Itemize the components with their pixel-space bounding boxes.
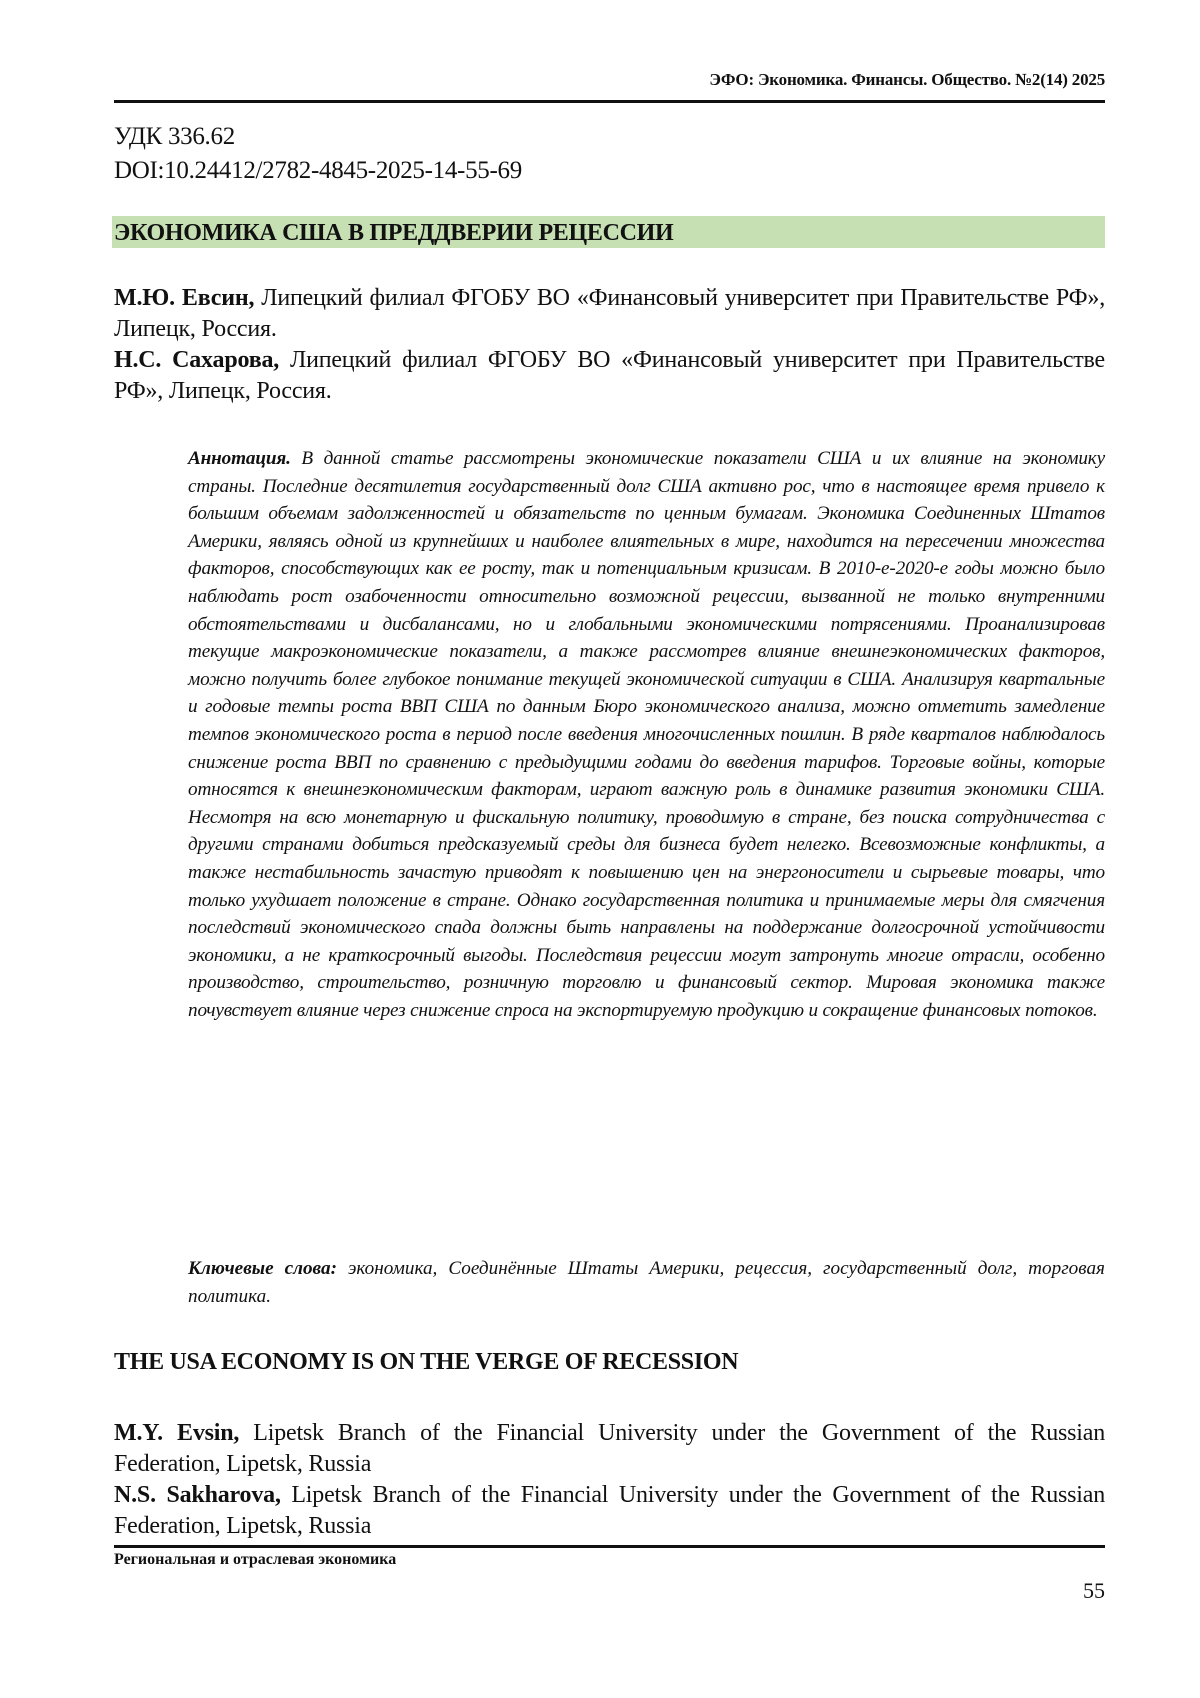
- author-entry: Н.С. Сахарова, Липецкий филиал ФГОБУ ВО …: [114, 345, 1105, 407]
- keywords: Ключевые слова: экономика, Соединённые Ш…: [188, 1255, 1105, 1310]
- abstract-text: В данной статье рассмотрены экономически…: [188, 448, 1105, 1021]
- author-name: N.S. Sakharova,: [114, 1482, 281, 1508]
- abstract: Аннотация. В данной статье рассмотрены э…: [188, 445, 1105, 1024]
- header-rule: [114, 100, 1105, 103]
- author-name: M.Y. Evsin,: [114, 1420, 239, 1446]
- abstract-label: Аннотация.: [188, 448, 291, 469]
- keywords-label: Ключевые слова:: [188, 1258, 337, 1279]
- footer-section-name: Региональная и отраслевая экономика: [114, 1551, 396, 1569]
- running-header: ЭФО: Экономика. Финансы. Общество. №2(14…: [114, 70, 1105, 90]
- page-number: 55: [1083, 1578, 1105, 1604]
- author-affiliation: Lipetsk Branch of the Financial Universi…: [114, 1420, 1105, 1477]
- author-entry: М.Ю. Евсин, Липецкий филиал ФГОБУ ВО «Фи…: [114, 283, 1105, 345]
- author-name: М.Ю. Евсин,: [114, 285, 254, 311]
- doi[interactable]: DOI:10.24412/2782-4845-2025-14-55-69: [114, 154, 522, 188]
- authors-ru: М.Ю. Евсин, Липецкий филиал ФГОБУ ВО «Фи…: [114, 283, 1105, 407]
- article-title-ru: ЭКОНОМИКА США В ПРЕДДВЕРИИ РЕЦЕССИИ: [114, 218, 673, 248]
- udc-code: УДК 336.62: [114, 120, 522, 154]
- author-entry: M.Y. Evsin, Lipetsk Branch of the Financ…: [114, 1418, 1105, 1480]
- author-affiliation: Липецкий филиал ФГОБУ ВО «Финансовый уни…: [114, 285, 1105, 342]
- footer-rule: [114, 1545, 1105, 1548]
- article-meta: УДК 336.62 DOI:10.24412/2782-4845-2025-1…: [114, 120, 522, 188]
- author-name: Н.С. Сахарова,: [114, 347, 279, 373]
- authors-en: M.Y. Evsin, Lipetsk Branch of the Financ…: [114, 1418, 1105, 1542]
- article-title-en: THE USA ECONOMY IS ON THE VERGE OF RECES…: [114, 1347, 738, 1377]
- author-entry: N.S. Sakharova, Lipetsk Branch of the Fi…: [114, 1480, 1105, 1542]
